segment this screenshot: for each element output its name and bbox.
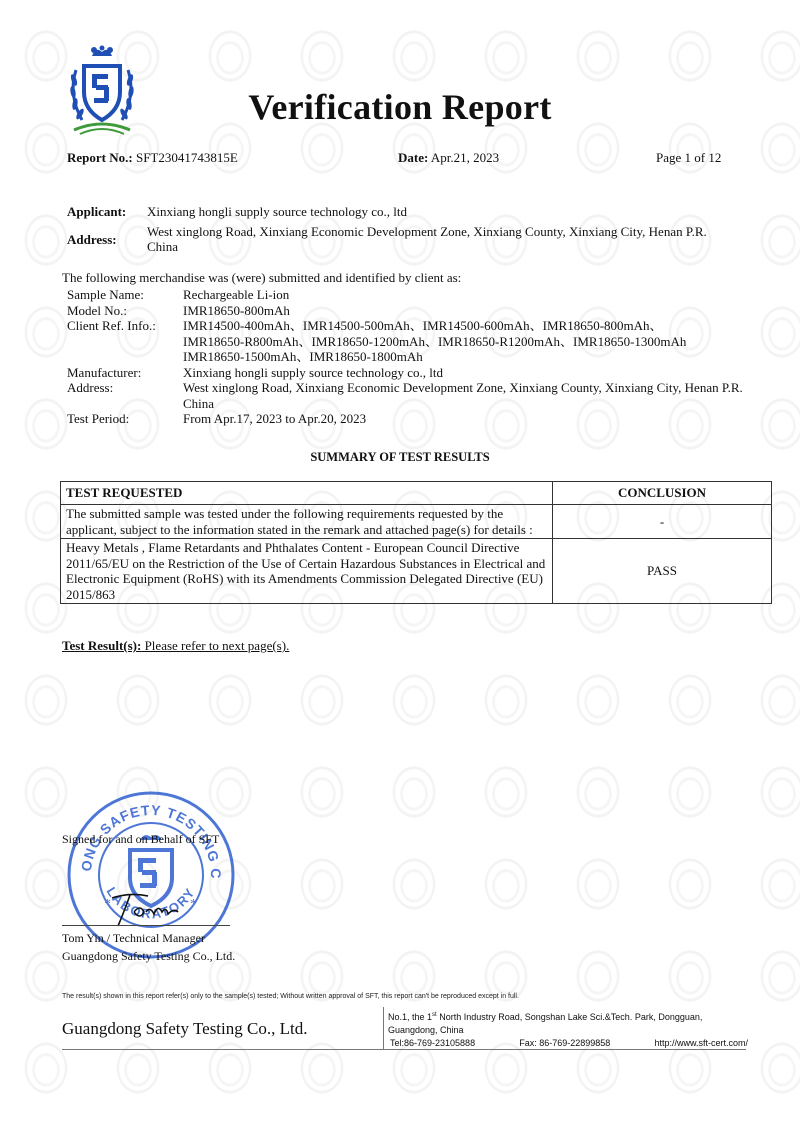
footer-company-name: Guangdong Safety Testing Co., Ltd.: [62, 1019, 307, 1039]
manufacturer-address-label: Address:: [67, 380, 183, 411]
report-number-label: Report No.:: [67, 150, 133, 165]
sample-info-row: Model No.: IMR18650-800mAh: [67, 303, 747, 319]
test-requested-cell: The submitted sample was tested under th…: [61, 505, 553, 539]
sample-info-row: Sample Name: Rechargeable Li-ion: [67, 287, 747, 303]
model-no-label: Model No.:: [67, 303, 183, 319]
header-conclusion: CONCLUSION: [553, 482, 772, 505]
report-number: Report No.: SFT23041743815E: [67, 150, 238, 166]
footer-divider: [383, 1007, 384, 1049]
applicant-value: Xinxiang hongli supply source technology…: [147, 204, 747, 220]
footer-address-block: No.1, the 1st North Industry Road, Songs…: [388, 1009, 748, 1050]
table-row: Heavy Metals , Flame Retardants and Phth…: [61, 539, 772, 604]
client-ref-label: Client Ref. Info.:: [67, 318, 183, 365]
table-header-row: TEST REQUESTED CONCLUSION: [61, 482, 772, 505]
sample-info-row: Test Period: From Apr.17, 2023 to Apr.20…: [67, 411, 747, 427]
signature-icon: [110, 890, 190, 930]
conclusion-cell: -: [553, 505, 772, 539]
sample-name-value: Rechargeable Li-ion: [183, 287, 747, 303]
report-date-label: Date:: [398, 150, 428, 165]
page-title: Verification Report: [0, 86, 800, 128]
signer-company: Guangdong Safety Testing Co., Ltd.: [62, 947, 235, 965]
test-result-note: Test Result(s): Please refer to next pag…: [62, 638, 289, 654]
model-no-value: IMR18650-800mAh: [183, 303, 747, 319]
merchandise-intro: The following merchandise was (were) sub…: [62, 270, 461, 286]
applicant-label: Applicant:: [67, 204, 147, 220]
footer-website-link[interactable]: http://www.sft-cert.com/: [654, 1037, 748, 1050]
test-result-text: Please refer to next page(s).: [141, 638, 289, 653]
sample-info-row: Client Ref. Info.: IMR14500-400mAh、IMR14…: [67, 318, 747, 365]
footer-tel: Tel:86-769-23105888: [390, 1037, 475, 1050]
manufacturer-label: Manufacturer:: [67, 365, 183, 381]
applicant-address-value: West xinglong Road, Xinxiang Economic De…: [147, 224, 747, 254]
test-requested-cell: Heavy Metals , Flame Retardants and Phth…: [61, 539, 553, 604]
report-date: Date: Apr.21, 2023: [398, 150, 499, 166]
conclusion-cell: PASS: [553, 539, 772, 604]
signed-on-behalf: Signed for and on Behalf of SFT: [62, 832, 219, 847]
test-period-label: Test Period:: [67, 411, 183, 427]
signer-name-title: Tom Yin / Technical Manager: [62, 929, 235, 947]
page-number: Page 1 of 12: [656, 150, 721, 166]
svg-text:*: *: [190, 897, 197, 912]
test-period-value: From Apr.17, 2023 to Apr.20, 2023: [183, 411, 747, 427]
footer-fax: Fax: 86-769-22899858: [519, 1037, 610, 1050]
footer-address: No.1, the 1st North Industry Road, Songs…: [388, 1009, 748, 1037]
signer-block: Tom Yin / Technical Manager Guangdong Sa…: [62, 929, 235, 965]
table-row: The submitted sample was tested under th…: [61, 505, 772, 539]
report-date-value: Apr.21, 2023: [431, 150, 499, 165]
sample-info-row: Manufacturer: Xinxiang hongli supply sou…: [67, 365, 747, 381]
manufacturer-value: Xinxiang hongli supply source technology…: [183, 365, 747, 381]
applicant-address-label: Address:: [67, 224, 147, 254]
header-test-requested: TEST REQUESTED: [61, 482, 553, 505]
signature-line: [62, 925, 230, 926]
sample-info-row: Address: West xinglong Road, Xinxiang Ec…: [67, 380, 747, 411]
sample-info-list: Sample Name: Rechargeable Li-ion Model N…: [67, 287, 747, 427]
client-ref-value: IMR14500-400mAh、IMR14500-500mAh、IMR14500…: [183, 318, 747, 365]
applicant-section: Applicant: Xinxiang hongli supply source…: [67, 204, 747, 258]
manufacturer-address-value: West xinglong Road, Xinxiang Economic De…: [183, 380, 747, 411]
summary-title: SUMMARY OF TEST RESULTS: [0, 450, 800, 465]
sample-name-label: Sample Name:: [67, 287, 183, 303]
footer-disclaimer: The result(s) shown in this report refer…: [62, 993, 519, 1000]
results-table: TEST REQUESTED CONCLUSION The submitted …: [60, 481, 772, 604]
report-number-value: SFT23041743815E: [136, 150, 238, 165]
page-footer: Guangdong Safety Testing Co., Ltd. No.1,…: [62, 1007, 746, 1050]
test-result-label: Test Result(s):: [62, 638, 141, 653]
